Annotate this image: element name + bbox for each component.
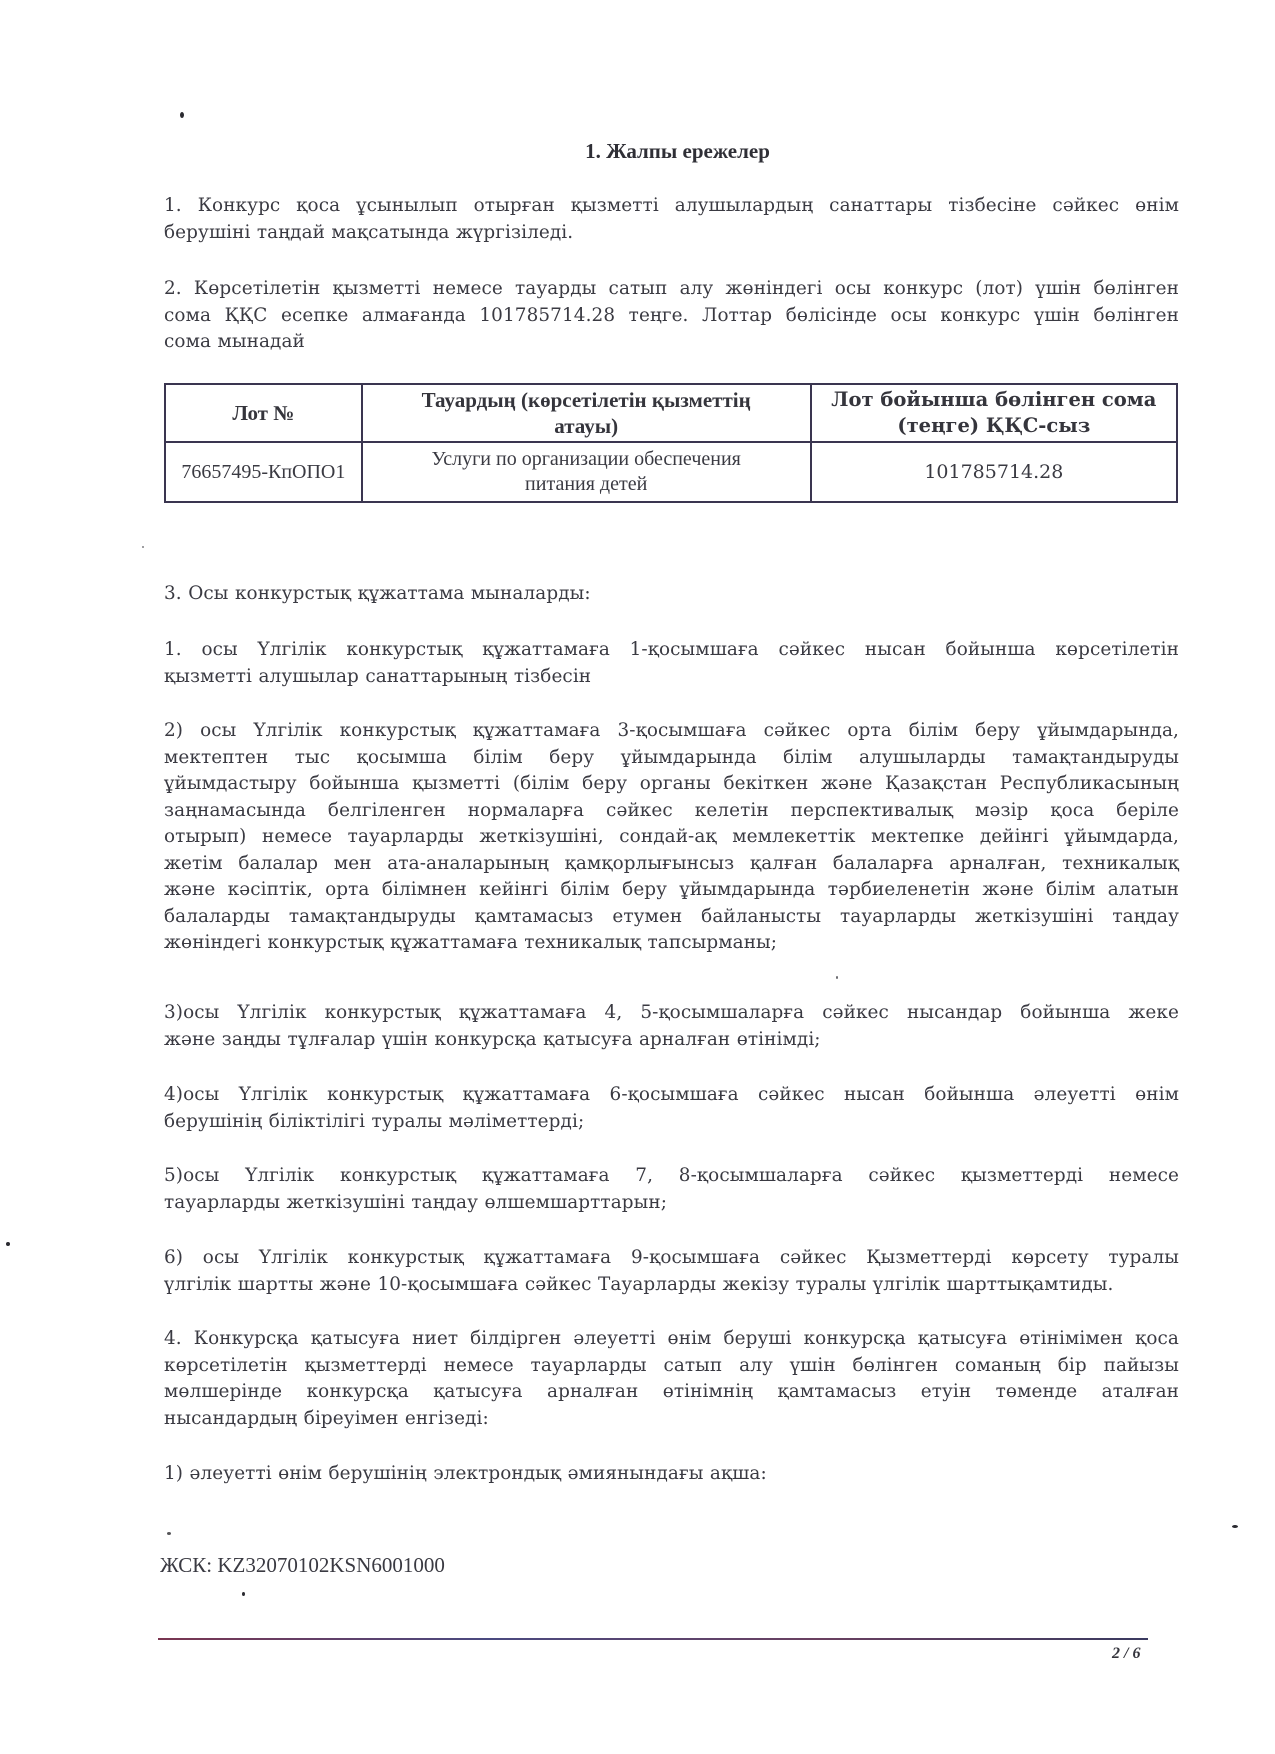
text-line: үлгілік шартты және 10-қосымшаға сәйкес … (164, 1272, 1179, 1299)
list-item-1: 1. осы Үлгілік конкурстық құжаттамаға 1-… (164, 637, 1179, 690)
text-line: көрсетілетін қызметтерді немесе тауарлар… (164, 1353, 1179, 1380)
text-line: 5)осы Үлгілік конкурстық құжаттамаға 7, … (164, 1163, 1179, 1190)
text-line: және заңды тұлғалар үшін конкурсқа қатыс… (164, 1027, 1179, 1054)
text-line: қызметті алушылар санаттарының тізбесін (164, 664, 1179, 691)
paragraph-2: 2. Көрсетілетін қызметті немесе тауарды … (164, 276, 1179, 356)
text-line: жөніндегі конкурстық құжаттамаға техника… (164, 930, 1179, 957)
text-line: сома мынадай (164, 329, 1179, 356)
text-line: 1) әлеуетті өнім берушінің электрондық ә… (164, 1461, 1179, 1488)
list-item-2: 2) осы Үлгілік конкурстық құжаттамаға 3-… (164, 718, 1179, 957)
text-line: мектептен тыс қосымша білім беру ұйымдар… (164, 745, 1179, 772)
scan-speck (1232, 1525, 1238, 1528)
iban-account: ЖСК: KZ32070102KSN6001000 (160, 1553, 445, 1578)
text-line: 2) осы Үлгілік конкурстық құжаттамаға 3-… (164, 718, 1179, 745)
cell-item-name: Услуги по организации обеспечения питани… (362, 442, 811, 502)
scan-speck (180, 112, 184, 118)
text-line: 6) осы Үлгілік конкурстық құжаттамаға 9-… (164, 1245, 1179, 1272)
page-number: 2 / 6 (1112, 1645, 1140, 1663)
text-line: тауарларды жеткізушіні таңдау өлшемшартт… (164, 1190, 1179, 1217)
text-line: отырып) немесе тауарларды жеткізушіні, с… (164, 824, 1179, 851)
scan-speck (836, 976, 838, 979)
cell-lot-number: 76657495-КпОПО1 (165, 442, 362, 502)
text-line: берушіні таңдай мақсатында жүргізіледі. (164, 220, 1179, 247)
text-line: және кәсіптік, орта білімнен кейінгі біл… (164, 877, 1179, 904)
scan-speck (167, 1532, 171, 1535)
table-row: 76657495-КпОПО1 Услуги по организации об… (165, 442, 1177, 502)
paragraph-1: 1. Конкурс қоса ұсынылып отырған қызметт… (164, 193, 1179, 246)
table-header-row: Лот № Тауардың (көрсетілетін қызметтің а… (165, 384, 1177, 442)
scan-speck (142, 546, 144, 548)
text-line: 4)осы Үлгілік конкурстық құжаттамаға 6-қ… (164, 1082, 1179, 1109)
paragraph-4-item-1: 1) әлеуетті өнім берушінің электрондық ә… (164, 1461, 1179, 1488)
paragraph-4: 4. Конкурсқа қатысуға ниет білдірген әле… (164, 1326, 1179, 1432)
section-heading: 1. Жалпы ережелер (0, 139, 1275, 164)
document-page: 1. Жалпы ережелер 1. Конкурс қоса ұсыныл… (0, 0, 1275, 1754)
list-item-4: 4)осы Үлгілік конкурстық құжаттамаға 6-қ… (164, 1082, 1179, 1135)
text-line: 1. Конкурс қоса ұсынылып отырған қызметт… (164, 193, 1179, 220)
header-allocated-amount: Лот бойынша бөлінген сома (теңге) ҚҚС-сы… (811, 384, 1177, 442)
text-line: 3. Осы конкурстық құжаттама мыналарды: (164, 581, 1179, 608)
text-line: берушінің біліктілігі туралы мәліметтерд… (164, 1109, 1179, 1136)
text-line: ұйымдастыру бойынша қызметті (білім беру… (164, 771, 1179, 798)
text-line: 3)осы Үлгілік конкурстық құжаттамаға 4, … (164, 1000, 1179, 1027)
header-lot-number: Лот № (165, 384, 362, 442)
paragraph-3-intro: 3. Осы конкурстық құжаттама мыналарды: (164, 581, 1179, 608)
text-line: мөлшерінде конкурсқа қатысуға арналған ө… (164, 1379, 1179, 1406)
scan-speck (242, 1592, 245, 1596)
text-line: 1. осы Үлгілік конкурстық құжаттамаға 1-… (164, 637, 1179, 664)
lots-table: Лот № Тауардың (көрсетілетін қызметтің а… (164, 383, 1178, 503)
text-line: нысандардың біреуімен енгізеді: (164, 1406, 1179, 1433)
list-item-3: 3)осы Үлгілік конкурстық құжаттамаға 4, … (164, 1000, 1179, 1053)
header-item-name: Тауардың (көрсетілетін қызметтің атауы) (362, 384, 811, 442)
footer-divider (158, 1638, 1148, 1640)
text-line: сома ҚҚС есепке алмағанда 101785714.28 т… (164, 303, 1179, 330)
text-line: жетім балалар мен ата-аналарының қамқорл… (164, 851, 1179, 878)
text-line: 4. Конкурсқа қатысуға ниет білдірген әле… (164, 1326, 1179, 1353)
text-line: балаларды тамақтандыруды қамтамасыз етум… (164, 904, 1179, 931)
cell-amount: 101785714.28 (811, 442, 1177, 502)
text-line: 2. Көрсетілетін қызметті немесе тауарды … (164, 276, 1179, 303)
list-item-6: 6) осы Үлгілік конкурстық құжаттамаға 9-… (164, 1245, 1179, 1298)
text-line: заңнамасында белгіленген нормаларға сәйк… (164, 798, 1179, 825)
scan-speck (6, 1242, 10, 1246)
list-item-5: 5)осы Үлгілік конкурстық құжаттамаға 7, … (164, 1163, 1179, 1216)
